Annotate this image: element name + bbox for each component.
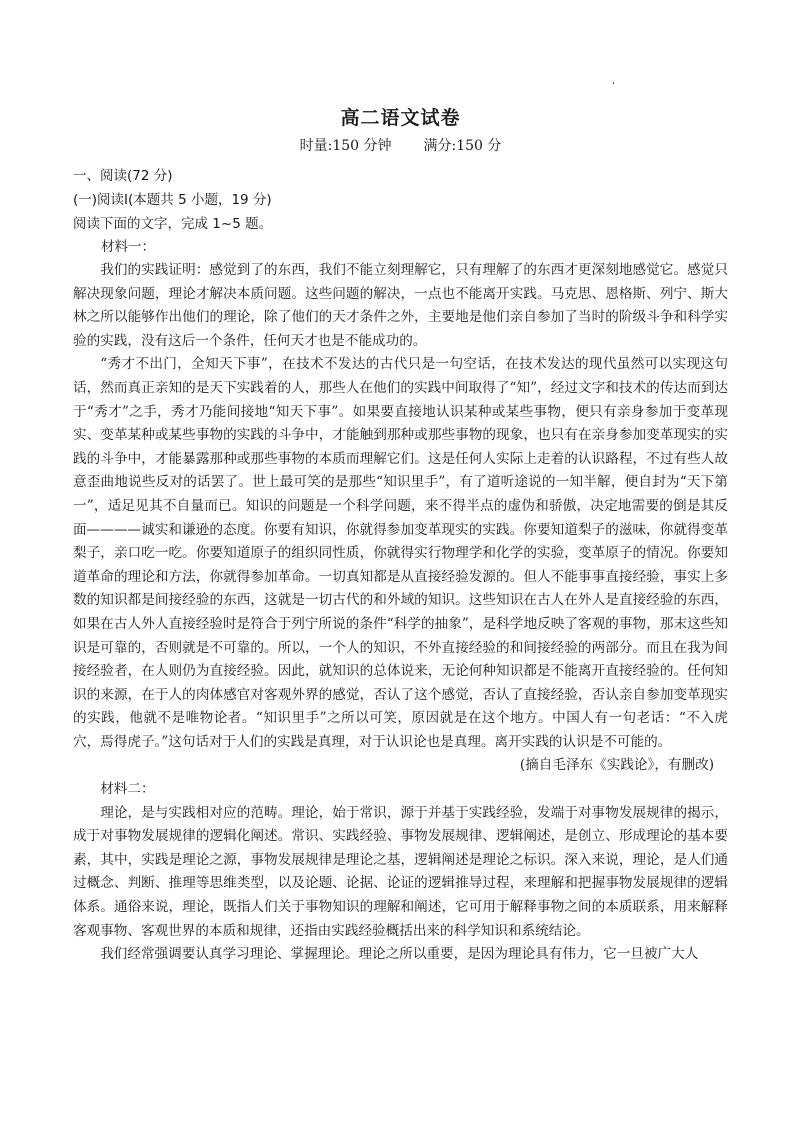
material-one-source: (摘自毛泽东《实践论》，有删改)	[73, 754, 728, 778]
instruction: 阅读下面的文字，完成 1~5 题。	[73, 212, 272, 232]
passage-body: 我们的实践证明：感觉到了的东西，我们不能立刻理解它，只有理解了的东西才更深刻地感…	[73, 259, 728, 967]
exam-duration: 时量:150 分钟	[300, 135, 392, 155]
material-one-paragraph: 我们的实践证明：感觉到了的东西，我们不能立刻理解它，只有理解了的东西才更深刻地感…	[73, 259, 728, 353]
exam-meta: 时量:150 分钟满分:150 分	[73, 135, 728, 155]
material-two-paragraph: 我们经常强调要认真学习理论、掌握理论。理论之所以重要，是因为理论具有伟力，它一旦…	[73, 943, 728, 967]
exam-total-score: 满分:150 分	[424, 135, 502, 155]
material-one-paragraph: “秀才不出门，全知天下事”，在技术不发达的古代只是一句空话，在技术发达的现代虽然…	[73, 353, 728, 754]
page-mark	[613, 82, 614, 84]
section-heading: 一、阅读(72 分)	[73, 164, 173, 184]
exam-title: 高二语文试卷	[73, 103, 728, 130]
material-two-label: 材料二：	[73, 778, 728, 802]
sub-section-heading: (一)阅读I(本题共 5 小题，19 分)	[73, 188, 272, 208]
material-one-label: 材料一：	[101, 235, 155, 255]
material-two-paragraph: 理论，是与实践相对应的范畴。理论，始于常识，源于并基于实践经验，发端于对事物发展…	[73, 802, 728, 944]
